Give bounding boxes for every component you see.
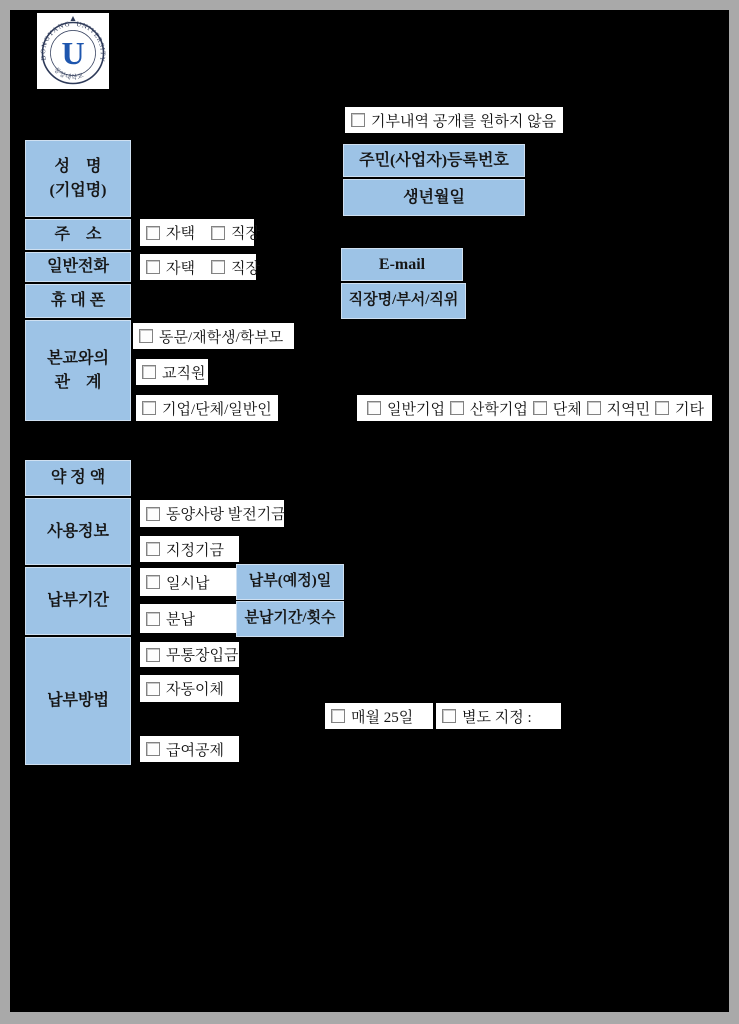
logo-center-letter: U	[61, 35, 84, 71]
period-lumpsum-checkbox[interactable]	[146, 575, 160, 589]
org-group-item: 단체	[531, 398, 582, 419]
method-payroll-checkbox[interactable]	[146, 742, 160, 756]
address-work-checkbox[interactable]	[211, 226, 225, 240]
org-local-item: 지역민	[585, 398, 650, 419]
address-home-checkbox[interactable]	[146, 226, 160, 240]
org-general-checkbox[interactable]	[367, 401, 381, 415]
phone-home-label: 자택	[166, 257, 195, 278]
address-type-row: 자택 직장	[140, 219, 254, 246]
field-usage-label: 사용정보	[25, 498, 131, 565]
org-type-row: 일반기업 산학기업 단체 지역민 기타	[357, 395, 712, 421]
address-home-label: 자택	[166, 222, 195, 243]
phone-home-checkbox[interactable]	[146, 260, 160, 274]
name-line1: 성 명	[55, 155, 102, 178]
optout-label: 기부내역 공개를 원하지 않음	[371, 110, 556, 131]
period-installment-checkbox[interactable]	[146, 612, 160, 626]
relation-option-staff: 교직원	[136, 359, 208, 385]
method-option-deposit: 무통장입금	[140, 642, 239, 667]
method-deposit-checkbox[interactable]	[146, 648, 160, 662]
name-line2: (기업명)	[49, 179, 106, 202]
method-autotransfer-checkbox[interactable]	[146, 682, 160, 696]
relation-option-company: 기업/단체/일반인	[136, 395, 278, 421]
period-option-installment: 분납	[140, 604, 239, 633]
org-group-checkbox[interactable]	[533, 401, 547, 415]
period-option-lumpsum: 일시납	[140, 568, 239, 596]
method-option-payroll: 급여공제	[140, 736, 239, 762]
field-address-label: 주 소	[25, 219, 131, 250]
method-option-autotransfer: 자동이체	[140, 675, 239, 702]
form-page: DONGYANG UNIVERSITY U 동양대학교 기부내역 공개를 원하지…	[0, 0, 739, 1024]
org-industry-item: 산학기업	[448, 398, 528, 419]
field-amount-label: 약 정 액	[25, 460, 131, 496]
relation-line1: 본교와의	[47, 347, 109, 370]
custom-date-checkbox[interactable]	[442, 709, 456, 723]
org-local-checkbox[interactable]	[587, 401, 601, 415]
org-other-item: 기타	[653, 398, 704, 419]
org-other-checkbox[interactable]	[655, 401, 669, 415]
org-general-item: 일반기업	[365, 398, 445, 419]
optout-checkbox[interactable]	[351, 113, 365, 127]
phone-work-checkbox[interactable]	[211, 260, 225, 274]
org-industry-checkbox[interactable]	[450, 401, 464, 415]
field-phone-label: 일반전화	[25, 252, 131, 282]
university-seal-icon: DONGYANG UNIVERSITY U 동양대학교	[37, 13, 109, 89]
field-email-label: E-mail	[341, 248, 463, 281]
field-name-label: 성 명 (기업명)	[25, 140, 131, 217]
transfer-custom-row: 별도 지정 :	[436, 703, 561, 729]
relation-company-checkbox[interactable]	[142, 401, 156, 415]
relation-alumni-checkbox[interactable]	[139, 329, 153, 343]
field-method-label: 납부방법	[25, 637, 131, 765]
address-work-label: 직장	[231, 222, 260, 243]
field-birthdate-label: 생년월일	[343, 179, 525, 216]
field-mobile-label: 휴 대 폰	[25, 284, 131, 318]
relation-option-alumni: 동문/재학생/학부모	[133, 323, 294, 349]
field-period-label: 납부기간	[25, 567, 131, 635]
field-workplace-label: 직장명/부서/직위	[341, 283, 466, 319]
transfer-monthly-row: 매월 25일	[325, 703, 433, 729]
usage-option-fund: 동양사랑 발전기금	[140, 500, 284, 527]
usage-option-designated: 지정기금	[140, 536, 239, 562]
field-installment-label: 분납기간/횟수	[236, 601, 344, 637]
relation-line2: 관 계	[55, 371, 102, 394]
field-id-number-label: 주민(사업자)등록번호	[343, 144, 525, 177]
phone-type-row: 자택 직장	[140, 254, 256, 280]
phone-work-label: 직장	[231, 257, 260, 278]
field-pay-date-label: 납부(예정)일	[236, 564, 344, 600]
relation-staff-checkbox[interactable]	[142, 365, 156, 379]
university-logo: DONGYANG UNIVERSITY U 동양대학교	[37, 13, 109, 89]
usage-fund-checkbox[interactable]	[146, 507, 160, 521]
optout-row: 기부내역 공개를 원하지 않음	[345, 107, 563, 133]
usage-designated-checkbox[interactable]	[146, 542, 160, 556]
field-relation-label: 본교와의 관 계	[25, 320, 131, 421]
monthly-25-checkbox[interactable]	[331, 709, 345, 723]
